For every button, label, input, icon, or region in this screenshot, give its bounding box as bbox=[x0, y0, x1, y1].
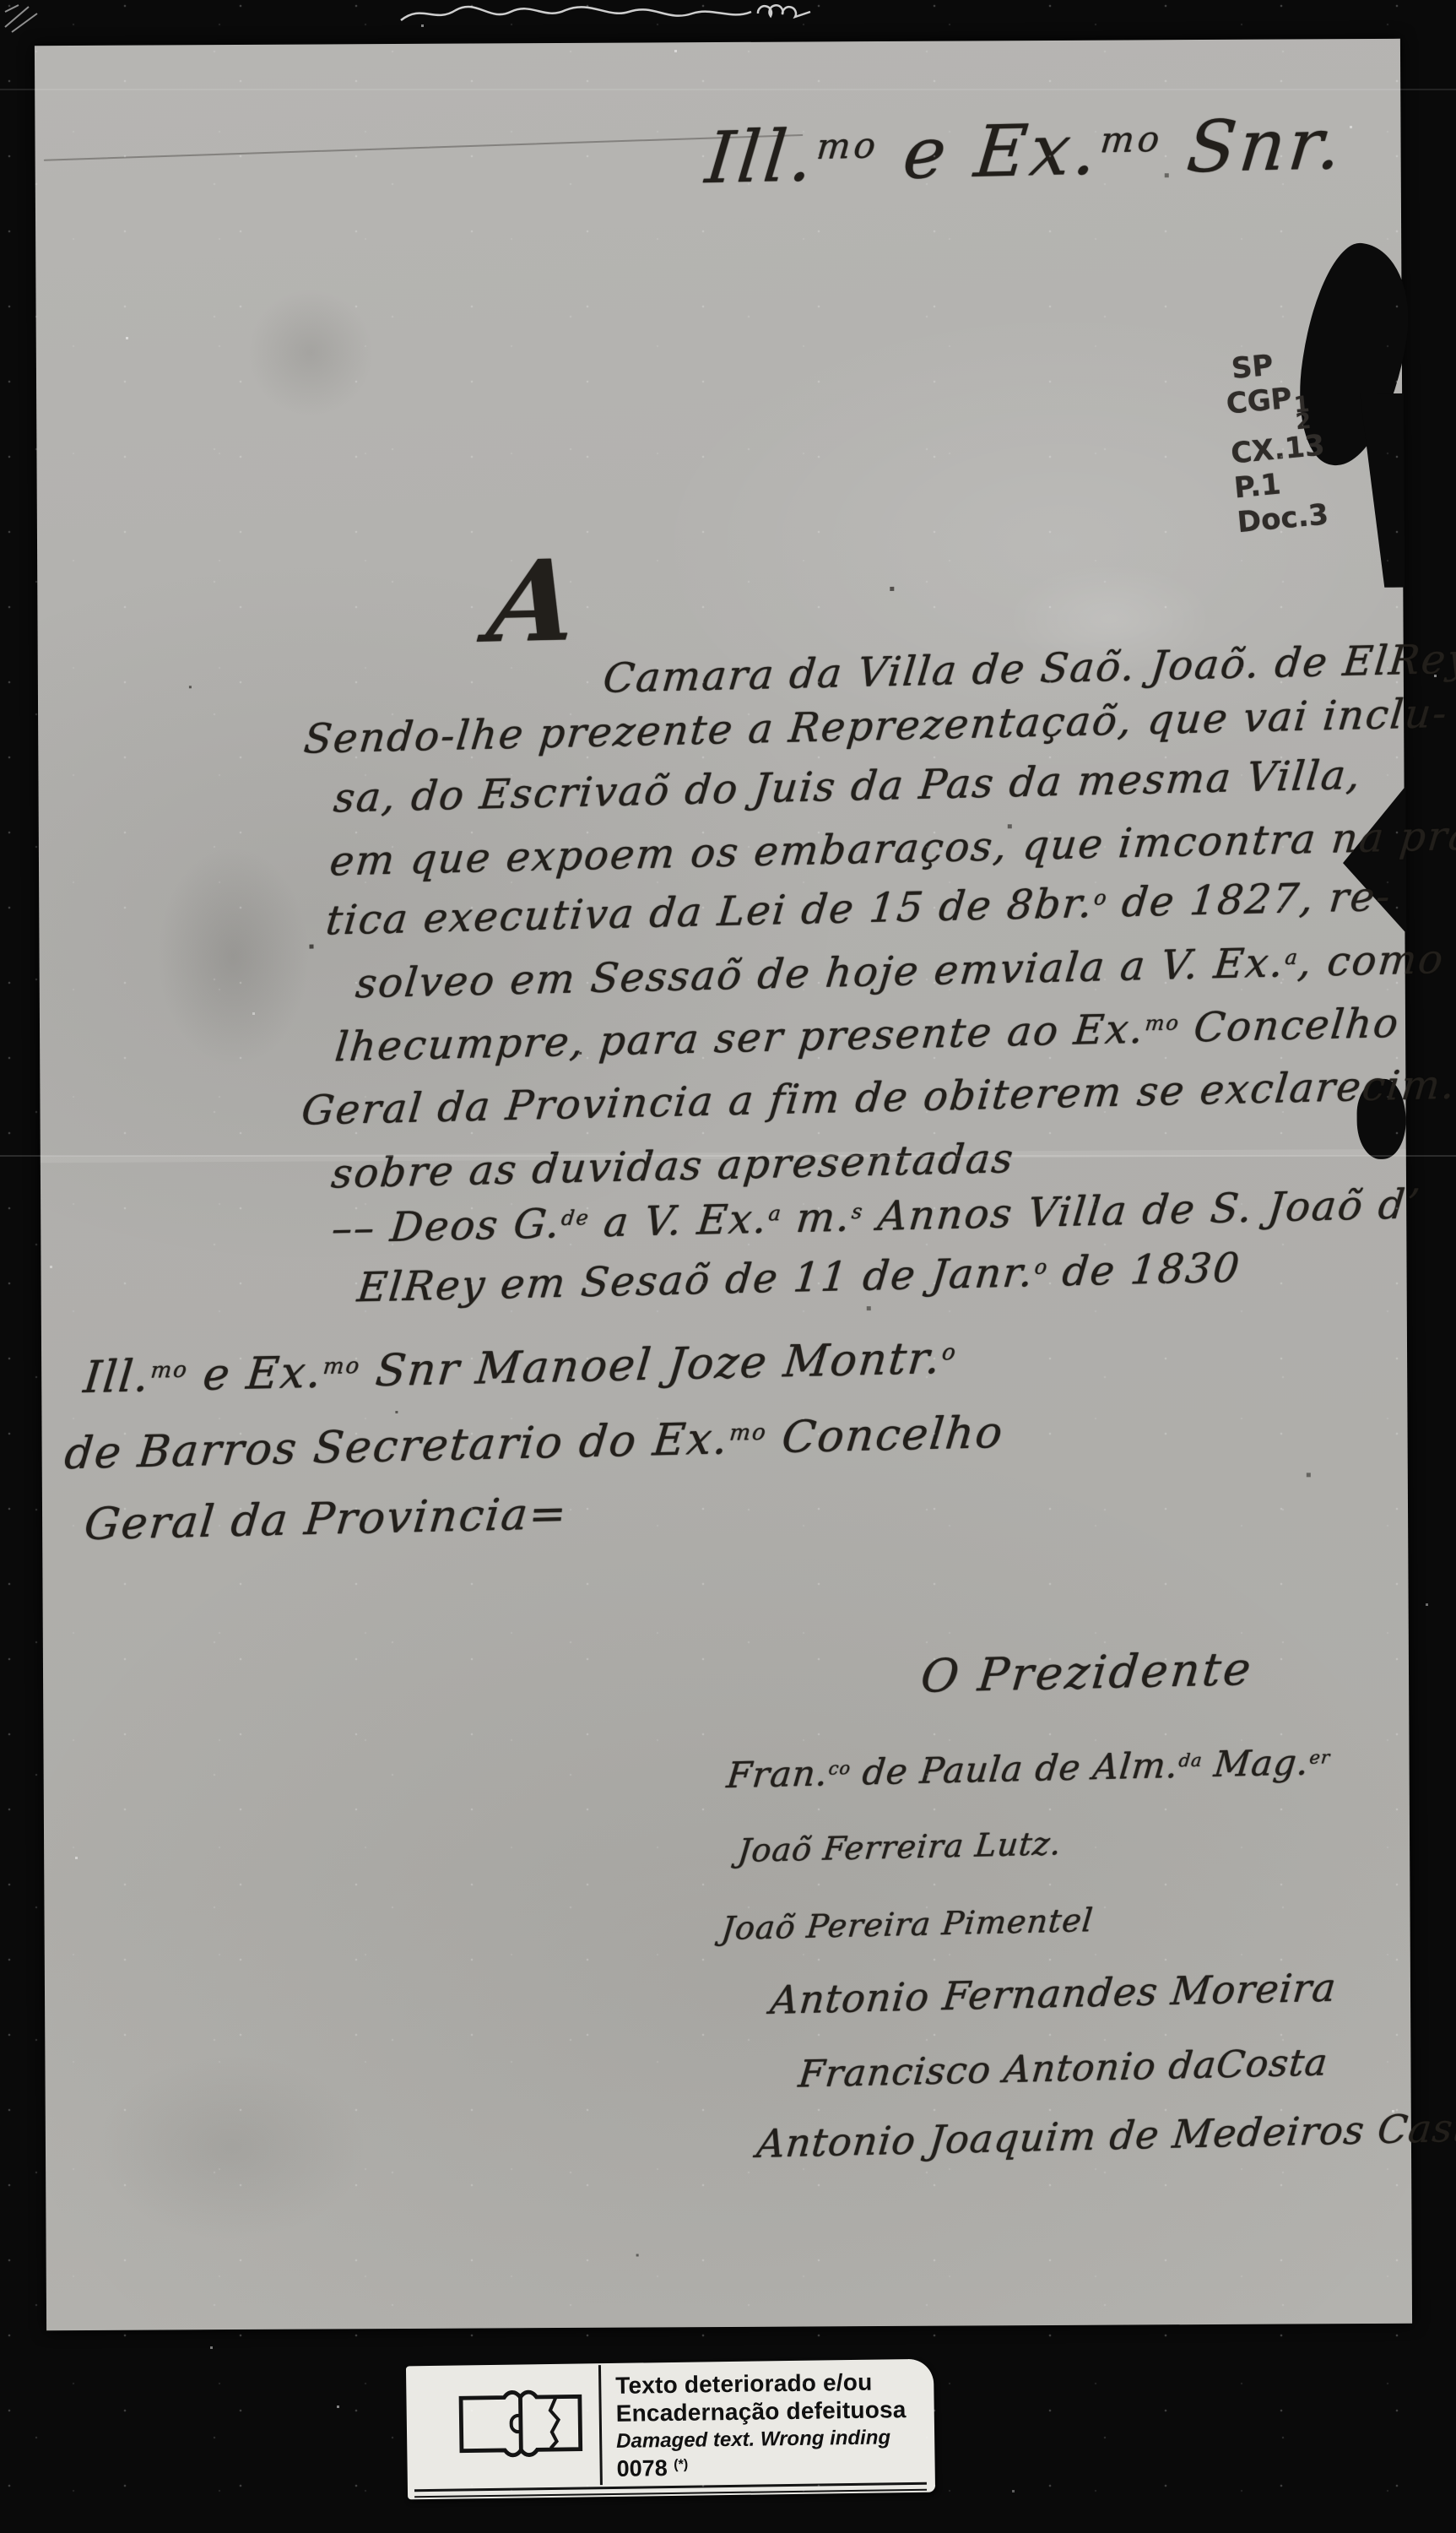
body-line: tica executiva da Lei de 15 de 8br.o de … bbox=[324, 873, 1394, 945]
opening-initial: A bbox=[483, 535, 582, 668]
body-line: sobre as duvidas apresentadas bbox=[329, 1135, 1016, 1197]
archive-ref-doc: Doc.3 bbox=[1236, 497, 1333, 540]
body-line: solveo em Sessaõ de hoje emviala a V. Ex… bbox=[354, 936, 1447, 1007]
signature: Joaõ Ferreira Lutz. bbox=[736, 1825, 1064, 1869]
paper-stain bbox=[157, 847, 310, 1067]
stamp-number: 0078 (*) bbox=[616, 2451, 907, 2483]
stamp-text-en: Damaged text. Wrong inding bbox=[616, 2423, 907, 2455]
paper-stain bbox=[95, 2053, 366, 2241]
ink-specks bbox=[35, 46, 35, 46]
stamp-divider bbox=[598, 2365, 603, 2485]
film-scribble-corner bbox=[3, 2, 62, 35]
closing-title: O Prezidente bbox=[918, 1642, 1255, 1703]
stamp-rule bbox=[414, 2482, 927, 2498]
damaged-book-icon bbox=[452, 2378, 588, 2468]
body-line: ElRey em Sesaõ de 11 de Janr.o de 1830 bbox=[355, 1245, 1243, 1312]
scan-background: Ill.mo e Ex.mo Snr. SP CGP12 CX.13 P.1 D… bbox=[0, 0, 1456, 2533]
stamp-text-pt-2: Encadernação defeituosa bbox=[616, 2395, 907, 2427]
signature: Antonio Joaquim de Medeiros Castro bbox=[755, 2103, 1456, 2166]
address-line: Geral da Provincia= bbox=[82, 1489, 570, 1550]
body-line: Sendo-lhe prezente a Reprezentaçaõ, que … bbox=[301, 690, 1450, 763]
signature: Joaõ Pereira Pimentel bbox=[720, 1901, 1096, 1947]
address-line: Ill.mo e Ex.mo Snr Manoel Joze Montr.o bbox=[81, 1333, 959, 1403]
document-page: Ill.mo e Ex.mo Snr. SP CGP12 CX.13 P.1 D… bbox=[35, 39, 1412, 2330]
paper-stain bbox=[246, 289, 374, 416]
film-scribble bbox=[397, 0, 836, 29]
signature: Francisco Antonio daCosta bbox=[797, 2041, 1330, 2096]
body-line: lhecumpre, para ser presente ao Ex.mo Co… bbox=[333, 1000, 1402, 1071]
dust-specks bbox=[0, 0, 1, 1]
archive-ref-collection: CGP12 bbox=[1225, 379, 1323, 437]
stamp-text-pt-1: Texto deteriorado e/ou bbox=[615, 2368, 906, 2400]
archive-reference: SP CGP12 CX.13 P.1 Doc.3 bbox=[1221, 344, 1333, 540]
archive-stamp: Texto deteriorado e/ou Encadernação defe… bbox=[406, 2359, 935, 2500]
paper-crease bbox=[44, 134, 804, 161]
salutation-heading: Ill.mo e Ex.mo Snr. bbox=[702, 102, 1349, 199]
signature: Fran.co de Paula de Alm.da Mag.er bbox=[725, 1741, 1332, 1796]
signature: Antonio Fernandes Moreira bbox=[768, 1965, 1339, 2023]
address-line: de Barros Secretario do Ex.mo Concelho bbox=[62, 1408, 1006, 1479]
body-line: Geral da Provincia a fim de obiterem se … bbox=[300, 1060, 1456, 1135]
body-line: sa, do Escrivaõ do Juis da Pas da mesma … bbox=[332, 751, 1364, 822]
body-line: em que expoem os embaraços, que imcontra… bbox=[327, 811, 1456, 885]
